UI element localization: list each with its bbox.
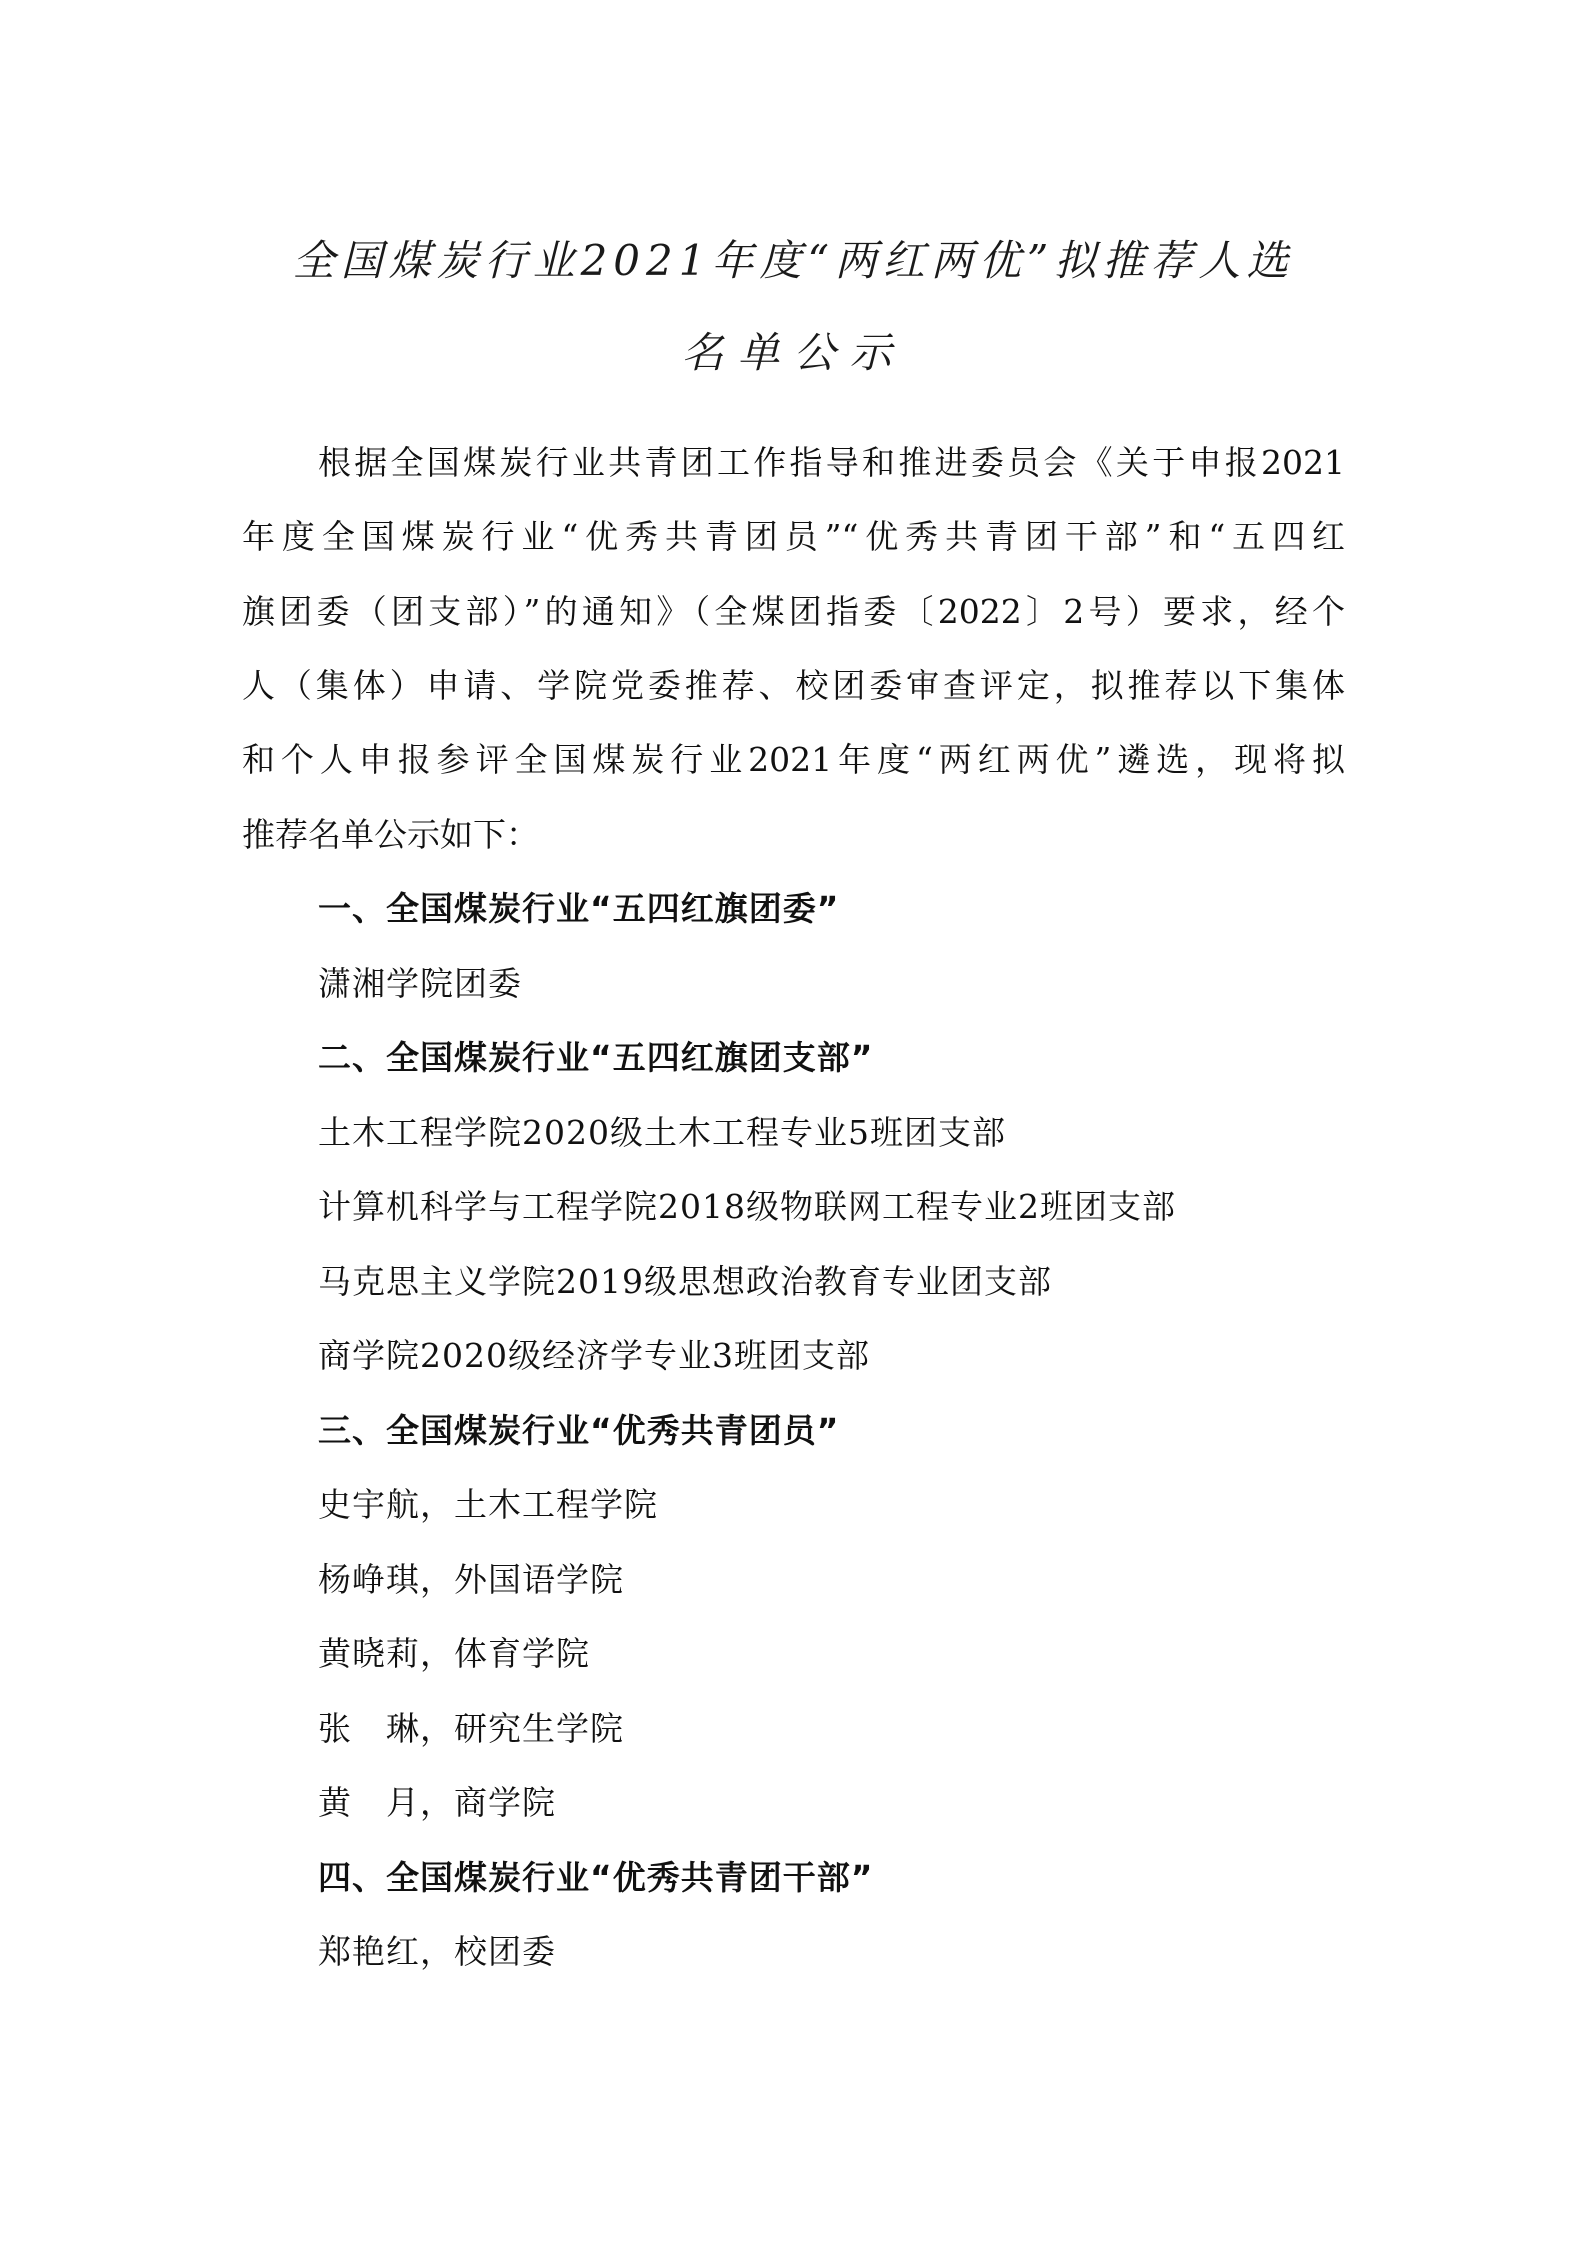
intro-line: 推荐名单公示如下：: [242, 798, 1345, 872]
list-item: 计算机科学与工程学院2018级物联网工程专业2班团支部: [318, 1170, 1176, 1244]
intro-line: 年度全国煤炭行业“优秀共青团员”“优秀共青团干部”和“五四红: [242, 500, 1345, 574]
document-page: 全国煤炭行业2021年度“两红两优”拟推荐人选 名单公示 根据全国煤炭行业共青团…: [0, 0, 1587, 2245]
document-title-line-1: 全国煤炭行业2021年度“两红两优”拟推荐人选: [0, 228, 1587, 288]
list-item: 潇湘学院团委: [318, 947, 522, 1021]
list-item: 杨峥琪，外国语学院: [318, 1543, 624, 1617]
list-item: 黄 月，商学院: [318, 1766, 556, 1840]
section-heading: 一、全国煤炭行业“五四红旗团委”: [318, 872, 839, 946]
document-title-line-2: 名单公示: [0, 320, 1587, 380]
list-item: 马克思主义学院2019级思想政治教育专业团支部: [318, 1245, 1052, 1319]
intro-line: 旗团委（团支部）”的通知》（全煤团指委〔2022〕2号）要求，经个: [242, 575, 1345, 649]
intro-line: 人（集体）申请、学院党委推荐、校团委审查评定，拟推荐以下集体: [242, 649, 1345, 723]
list-item: 史宇航，土木工程学院: [318, 1468, 658, 1542]
intro-line: 和个人申报参评全国煤炭行业2021年度“两红两优”遴选，现将拟: [242, 723, 1345, 797]
list-item: 土木工程学院2020级土木工程专业5班团支部: [318, 1096, 1006, 1170]
list-item: 郑艳红，校团委: [318, 1915, 556, 1989]
section-heading: 三、全国煤炭行业“优秀共青团员”: [318, 1394, 839, 1468]
section-heading: 二、全国煤炭行业“五四红旗团支部”: [318, 1021, 873, 1095]
list-item: 张 琳，研究生学院: [318, 1692, 624, 1766]
intro-line: 根据全国煤炭行业共青团工作指导和推进委员会《关于申报2021: [318, 426, 1345, 500]
list-item: 黄晓莉，体育学院: [318, 1617, 590, 1691]
section-heading: 四、全国煤炭行业“优秀共青团干部”: [318, 1841, 873, 1915]
list-item: 商学院2020级经济学专业3班团支部: [318, 1319, 870, 1393]
